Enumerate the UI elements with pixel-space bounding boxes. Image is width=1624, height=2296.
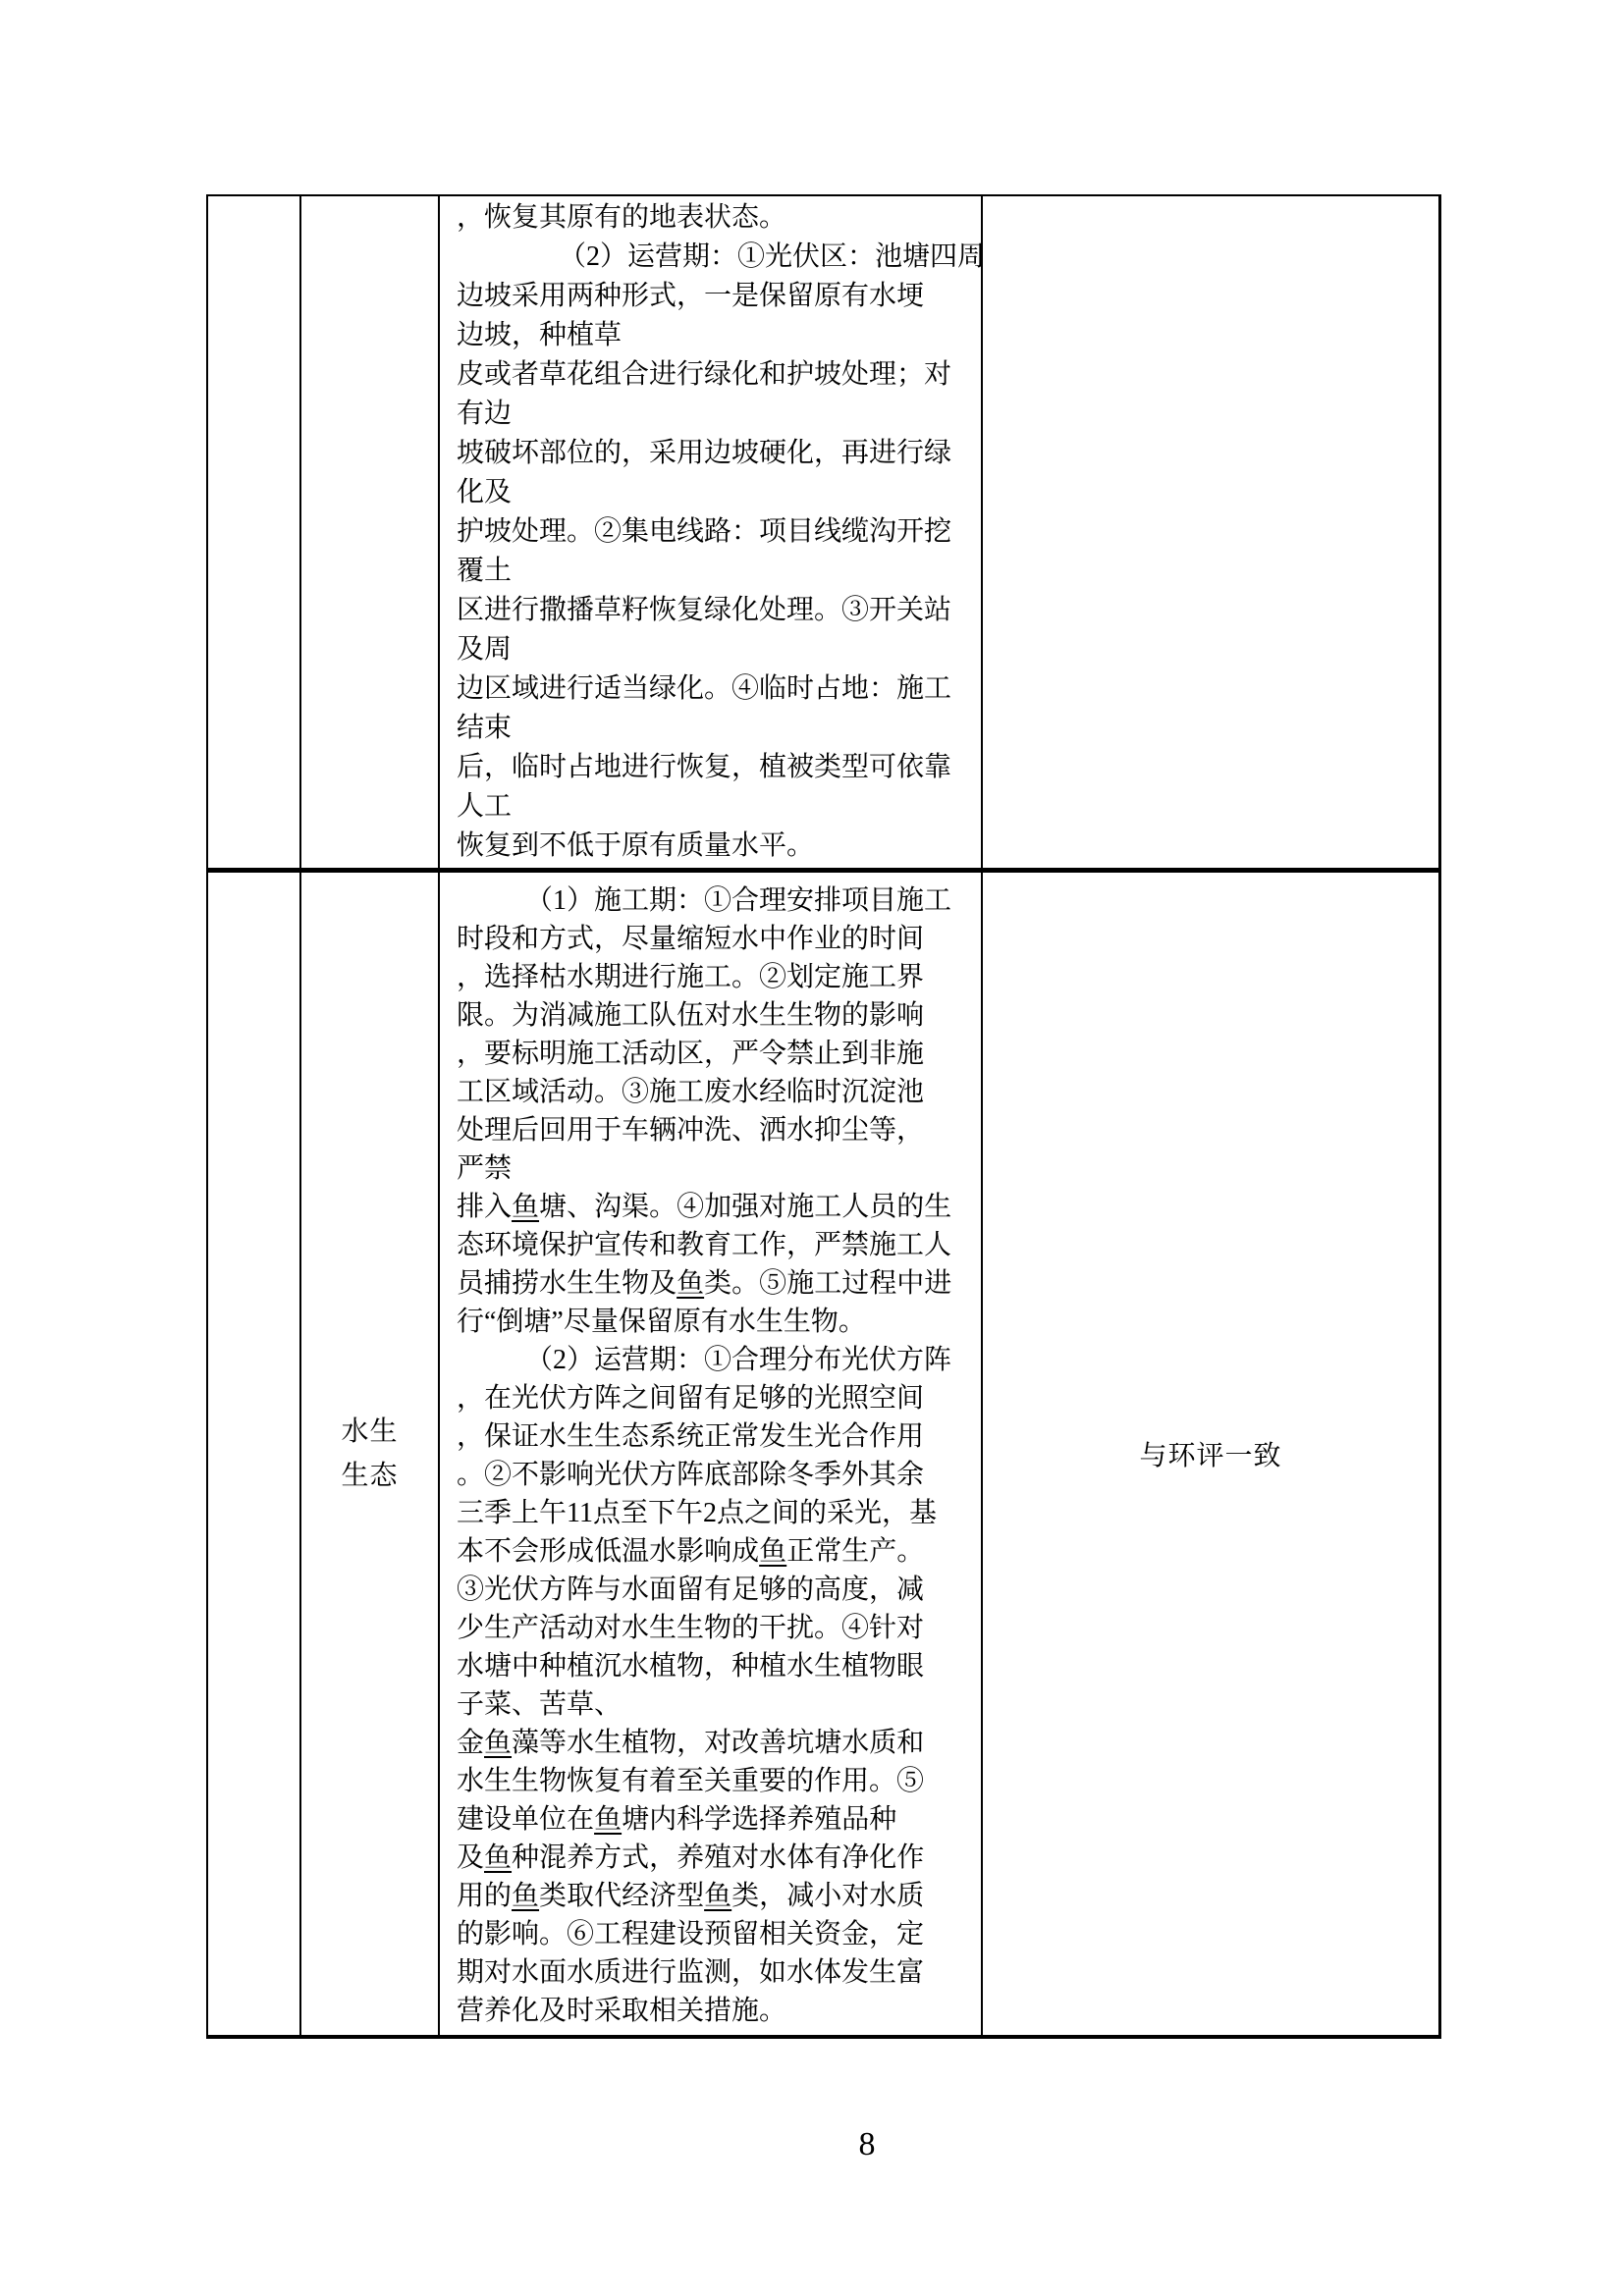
text-line: 人工: [457, 787, 977, 827]
text-line: 子菜、苦草、: [457, 1685, 977, 1724]
text-line: 及周: [457, 630, 977, 669]
text-line: 行“倒塘”尽量保留原有水生生物。: [457, 1303, 977, 1341]
text-line: 结束: [457, 709, 977, 748]
text-line: 限。为消减施工队伍对水生生物的影响: [457, 996, 977, 1035]
text-line: （2）运营期：①合理分布光伏方阵: [457, 1341, 977, 1379]
text-line: ，恢复其原有的地表状态。: [457, 198, 977, 238]
text-line: 水塘中种植沉水植物，种植水生植物眼: [457, 1647, 977, 1685]
text-line: ，选择枯水期进行施工。②划定施工界: [457, 958, 977, 996]
text-line: 员捕捞水生生物及鱼类。⑤施工过程中进: [457, 1264, 977, 1303]
text-line: （1）施工期：①合理安排项目施工: [457, 881, 977, 920]
document-page: ，恢复其原有的地表状态。（2）运营期：①光伏区：池塘四周边坡采用两种形式，一是保…: [0, 0, 1624, 2296]
text-line: 工区域活动。③施工废水经临时沉淀池: [457, 1073, 977, 1111]
measures-cell: ，恢复其原有的地表状态。（2）运营期：①光伏区：池塘四周边坡采用两种形式，一是保…: [440, 196, 983, 873]
text-line: 有边: [457, 395, 977, 434]
text-line: 化及: [457, 473, 977, 512]
text-line: （2）运营期：①光伏区：池塘四周: [457, 238, 977, 277]
category-line: 水生: [341, 1410, 398, 1454]
text-line: 建设单位在鱼塘内科学选择养殖品种: [457, 1800, 977, 1839]
category-label: 水生生态: [341, 1410, 398, 1498]
text-line: 水生生物恢复有着至关重要的作用。⑤: [457, 1762, 977, 1800]
category-cell: 水生生态: [301, 873, 440, 2035]
text-line: 皮或者草花组合进行绿化和护坡处理；对: [457, 355, 977, 395]
text-line: 金鱼藻等水生植物，对改善坑塘水质和: [457, 1724, 977, 1762]
conclusion-cell: [983, 196, 1438, 873]
seq-cell: [208, 196, 301, 873]
text-line: 边坡，种植草: [457, 316, 977, 355]
seq-cell: [208, 873, 301, 2035]
text-line: 区进行撒播草籽恢复绿化处理。③开关站: [457, 591, 977, 630]
text-line: 排入鱼塘、沟渠。④加强对施工人员的生: [457, 1188, 977, 1226]
text-line: 。②不影响光伏方阵底部除冬季外其余: [457, 1456, 977, 1494]
conclusion-text: 与环评一致: [1139, 1434, 1281, 1473]
text-line: 处理后回用于车辆冲洗、洒水抑尘等，: [457, 1111, 977, 1149]
text-line: 期对水面水质进行监测，如水体发生富: [457, 1953, 977, 1992]
category-line: 生态: [341, 1454, 398, 1498]
text-line: 严禁: [457, 1149, 977, 1188]
text-line: 护坡处理。②集电线路：项目线缆沟开挖: [457, 512, 977, 552]
text-line: 营养化及时采取相关措施。: [457, 1992, 977, 2030]
text-line: ，在光伏方阵之间留有足够的光照空间: [457, 1379, 977, 1417]
text-line: 本不会形成低温水影响成鱼正常生产。: [457, 1532, 977, 1571]
text-line: 三季上午11点至下午2点之间的采光，基: [457, 1494, 977, 1532]
text-line: 坡破坏部位的，采用边坡硬化，再进行绿: [457, 434, 977, 473]
text-line: 少生产活动对水生生物的干扰。④针对: [457, 1609, 977, 1647]
category-cell: [301, 196, 440, 873]
text-line: 的影响。⑥工程建设预留相关资金，定: [457, 1915, 977, 1953]
text-line: 态环境保护宣传和教育工作，严禁施工人: [457, 1226, 977, 1264]
measures-text: （1）施工期：①合理安排项目施工时段和方式，尽量缩短水中作业的时间，选择枯水期进…: [457, 873, 977, 2030]
text-line: 恢复到不低于原有质量水平。: [457, 827, 977, 866]
text-line: 及鱼种混养方式，养殖对水体有净化作: [457, 1839, 977, 1877]
text-line: 边区域进行适当绿化。④临时占地：施工: [457, 669, 977, 709]
measures-cell: （1）施工期：①合理安排项目施工时段和方式，尽量缩短水中作业的时间，选择枯水期进…: [440, 873, 983, 2035]
text-line: 覆土: [457, 552, 977, 591]
conclusion-cell: 与环评一致: [983, 873, 1438, 2035]
measures-text: ，恢复其原有的地表状态。（2）运营期：①光伏区：池塘四周边坡采用两种形式，一是保…: [457, 196, 977, 866]
text-line: ，保证水生生态系统正常发生光合作用: [457, 1417, 977, 1456]
text-line: 边坡采用两种形式，一是保留原有水埂: [457, 277, 977, 316]
text-line: 时段和方式，尽量缩短水中作业的时间: [457, 920, 977, 958]
eia-measures-table: ，恢复其原有的地表状态。（2）运营期：①光伏区：池塘四周边坡采用两种形式，一是保…: [206, 194, 1441, 2039]
text-line: 用的鱼类取代经济型鱼类，减小对水质: [457, 1877, 977, 1915]
text-line: ，要标明施工活动区，严令禁止到非施: [457, 1035, 977, 1073]
text-line: ③光伏方阵与水面留有足够的高度，减: [457, 1571, 977, 1609]
page-number: 8: [838, 2126, 896, 2163]
text-line: 后，临时占地进行恢复，植被类型可依靠: [457, 748, 977, 787]
